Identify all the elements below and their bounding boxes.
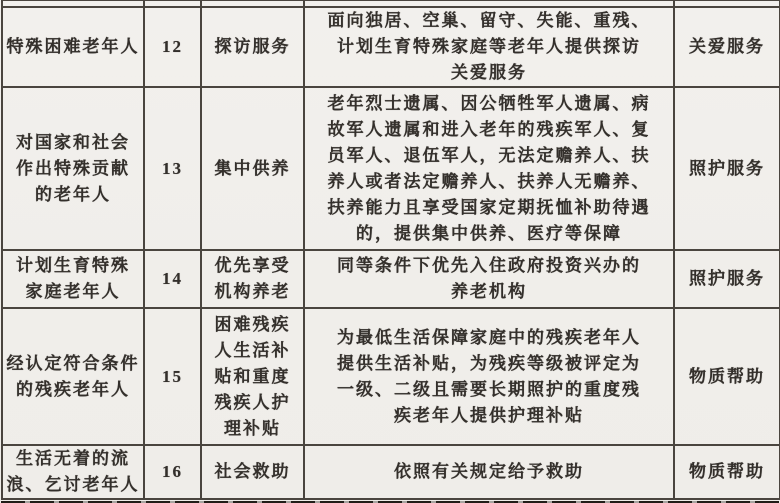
description-cell: 面向独居、空巢、留守、失能、重残、 计划生育特殊家庭等老年人提供探访 关爱服务 xyxy=(304,7,674,87)
category-cell: 计划生育特殊 家庭老年人 xyxy=(2,250,144,308)
service-name-cell: 优先享受 机构养老 xyxy=(201,250,304,308)
table-row: 对国家和社会 作出特殊贡献 的老年人 13 集中供养 老年烈士遗属、因公牺牲军人… xyxy=(2,87,780,250)
category-cell: 特殊困难老年人 xyxy=(2,7,144,87)
index-cell: 16 xyxy=(144,445,201,499)
index-cell: 13 xyxy=(144,87,201,250)
table-row: 经认定符合条件 的残疾老年人 15 困难残疾 人生活补 贴和重度 残疾人护 理补… xyxy=(2,308,780,445)
service-name-cell: 困难残疾 人生活补 贴和重度 残疾人护 理补贴 xyxy=(201,308,304,445)
description-cell: 依照有关规定给予救助 xyxy=(304,445,674,499)
service-name-cell: 集中供养 xyxy=(201,87,304,250)
category-cell: 生活无着的流 浪、乞讨老年人 xyxy=(2,445,144,499)
scanned-document-page: 特殊困难老年人 12 探访服务 面向独居、空巢、留守、失能、重残、 计划生育特殊… xyxy=(0,0,780,503)
service-type-cell: 关爱服务 xyxy=(674,7,780,87)
index-cell: 14 xyxy=(144,250,201,308)
category-cell: 对国家和社会 作出特殊贡献 的老年人 xyxy=(2,87,144,250)
service-name-cell: 探访服务 xyxy=(201,7,304,87)
table-row: 计划生育特殊 家庭老年人 14 优先享受 机构养老 同等条件下优先入住政府投资兴… xyxy=(2,250,780,308)
table-row: 生活无着的流 浪、乞讨老年人 16 社会救助 依照有关规定给予救助 物质帮助 xyxy=(2,445,780,499)
index-cell: 15 xyxy=(144,308,201,445)
category-cell: 经认定符合条件 的残疾老年人 xyxy=(2,308,144,445)
description-cell: 同等条件下优先入住政府投资兴办的 养老机构 xyxy=(304,250,674,308)
service-type-cell: 照护服务 xyxy=(674,250,780,308)
service-type-cell: 照护服务 xyxy=(674,87,780,250)
service-name-cell: 社会救助 xyxy=(201,445,304,499)
index-cell: 12 xyxy=(144,7,201,87)
description-cell: 为最低生活保障家庭中的残疾老年人 提供生活补贴，为残疾等级被评定为 一级、二级且… xyxy=(304,308,674,445)
service-type-cell: 物质帮助 xyxy=(674,308,780,445)
description-cell: 老年烈士遗属、因公牺牲军人遗属、病 故军人遗属和进入老年的残疾军人、复 员军人、… xyxy=(304,87,674,250)
table-row: 特殊困难老年人 12 探访服务 面向独居、空巢、留守、失能、重残、 计划生育特殊… xyxy=(2,7,780,87)
service-type-cell: 物质帮助 xyxy=(674,445,780,499)
elderly-services-table: 特殊困难老年人 12 探访服务 面向独居、空巢、留守、失能、重残、 计划生育特殊… xyxy=(1,0,780,500)
